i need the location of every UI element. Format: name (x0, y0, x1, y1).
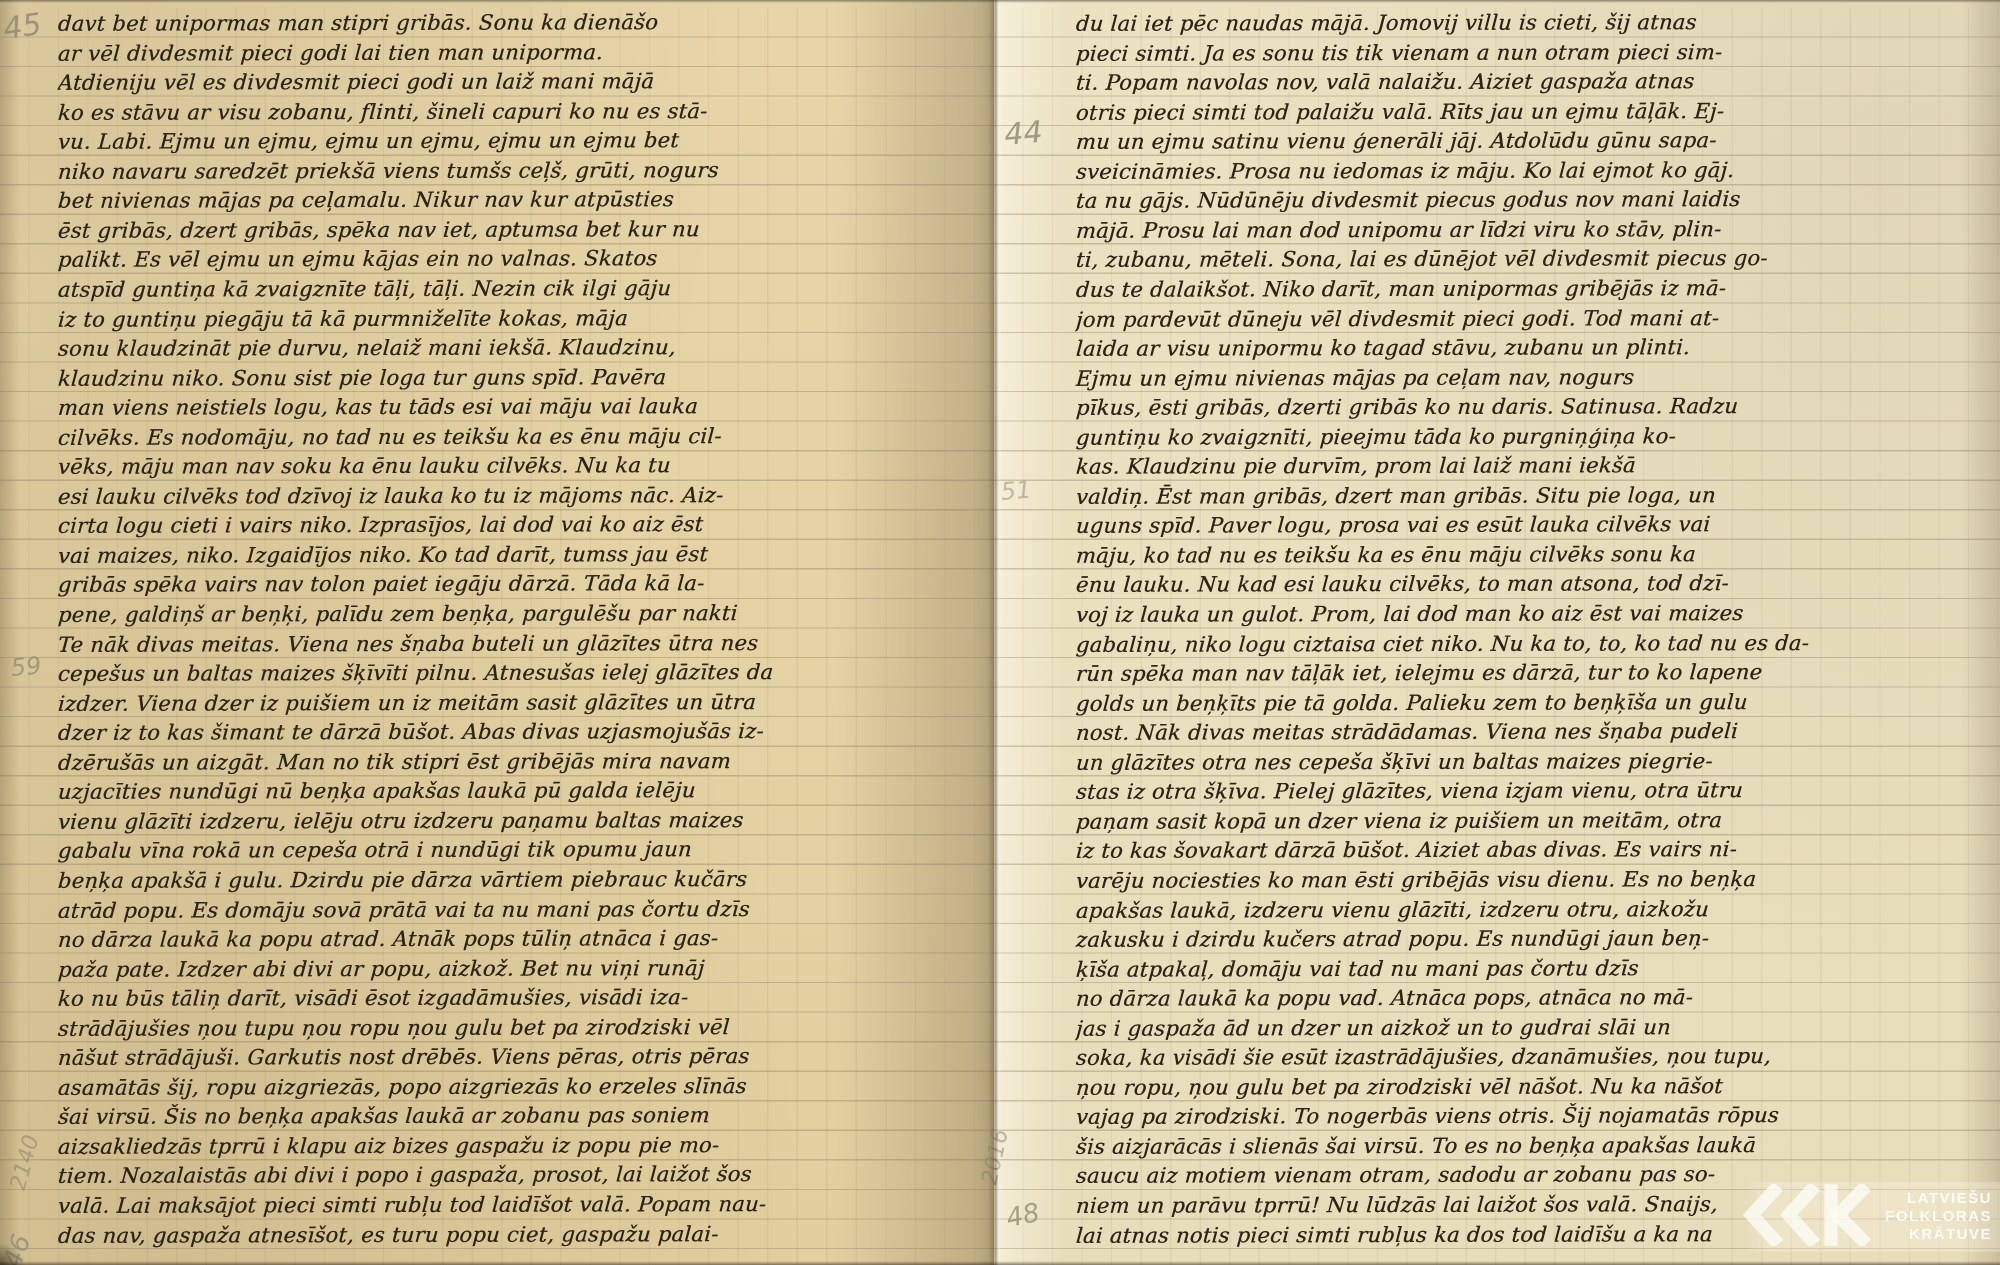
handwritten-line: du lai iet pēc naudas mājā. Jomovij vill… (1075, 8, 1698, 39)
handwritten-line: davt bet unipormas man stipri gribās. So… (57, 8, 659, 39)
handwritten-line: das nav, gaspaža atnesīšot, es turu popu… (57, 1220, 720, 1251)
handwritten-line: māju, ko tad nu es teikšu ka es ēnu māju… (1075, 540, 1697, 571)
handwritten-line: pīkus, ēsti gribās, dzerti gribās ko nu … (1075, 392, 1739, 423)
handwritten-line: man viens neistiels logu, kas tu tāds es… (57, 392, 699, 423)
paper-edge-top (0, 0, 2000, 3)
handwritten-line: bet nivienas mājas pa ceļamalu. Nikur na… (57, 185, 675, 216)
watermark-line-1: LATVIEŠU (1907, 1190, 1992, 1208)
handwritten-line: cirta logu cieti i vairs niko. Izprasījo… (57, 510, 704, 541)
handwritten-line: Te nāk divas meitas. Viena nes šņaba but… (57, 629, 759, 660)
handwritten-line: dzērušās un aizgāt. Man no tik stipri ēs… (57, 747, 732, 778)
handwritten-line: ti, zubanu, mēteli. Sona, lai es dūnējot… (1075, 244, 1769, 275)
handwritten-line: atrād popu. Es domāju sovā prātā vai ta … (57, 895, 751, 926)
handwritten-line: ēnu lauku. Nu kad esi lauku cilvēks, to … (1075, 570, 1730, 601)
handwritten-line: zakusku i dzirdu kučers atrad popu. Es n… (1075, 924, 1710, 955)
handwritten-line: dzer iz to kas šimant te dārzā būšot. Ab… (57, 717, 765, 748)
handwritten-line: varēju nociesties ko man ēsti gribējās v… (1075, 865, 1757, 896)
handwritten-line: ēst gribās, dzert gribās, spēka nav iet,… (57, 215, 701, 246)
lfk-chevron-logo-icon (1743, 1184, 1875, 1250)
handwritten-line: jom pardevūt dūneju vēl divdesmit pieci … (1075, 304, 1720, 335)
handwritten-line: apakšas laukā, izdzeru vienu glāzīti, iz… (1075, 895, 1710, 926)
handwritten-line: vajag pa zirodziski. To nogerbās viens o… (1075, 1101, 1780, 1132)
handwritten-line: pieci simti. Ja es sonu tis tik vienam a… (1075, 38, 1723, 69)
handwritten-line: strādājušies ņou tupu ņou ropu ņou gulu … (57, 1013, 731, 1044)
handwritten-line: otris pieci simti tod palaižu valā. Rīts… (1075, 97, 1725, 128)
handwritten-line: iz to kas šovakart dārzā būšot. Aiziet a… (1075, 836, 1738, 867)
handwritten-line: ta nu gājs. Nūdūnēju divdesmit piecus go… (1075, 185, 1741, 216)
watermark-line-3: KRĀTUVE (1909, 1226, 1992, 1244)
archive-watermark-text: LATVIEŠU FOLKLORAS KRĀTUVE (1885, 1190, 2000, 1244)
handwritten-line: pene, galdiņš ar beņķi, palīdu zem beņķa… (57, 599, 739, 630)
handwritten-line: ņou ropu, ņou gulu bet pa zirodziski vēl… (1075, 1072, 1724, 1103)
handwritten-line: ko es stāvu ar visu zobanu, flinti, šine… (57, 97, 709, 128)
handwritten-line: no dārza laukā ka popu atrad. Atnāk pops… (57, 924, 719, 955)
handwritten-line: ti. Popam navolas nov, valā nalaižu. Aiz… (1075, 67, 1695, 98)
handwritten-line: mājā. Prosu lai man dod unipomu ar līdzi… (1075, 215, 1722, 246)
handwritten-line: cilvēks. Es nodomāju, no tad nu es teikš… (57, 422, 723, 453)
handwritten-line: šai virsū. Šis no beņķa apakšas laukā ar… (57, 1101, 711, 1132)
handwritten-line: sonu klaudzināt pie durvu, nelaiž mani i… (57, 333, 677, 364)
handwritten-line: gribās spēka vairs nav tolon paiet iegāj… (57, 570, 705, 601)
handwritten-line: ko nu būs tāliņ darīt, visādi ēsot izgad… (57, 983, 689, 1014)
handwritten-line: rūn spēka man nav tāļāk iet, ielejmu es … (1075, 658, 1763, 689)
handwritten-line: kas. Klaudzinu pie durvīm, prom lai laiž… (1075, 452, 1637, 482)
handwritten-line: aizsakliedzās tprrū i klapu aiz bizes ga… (57, 1131, 720, 1162)
paper-edge-bottom (0, 1261, 2000, 1265)
watermark-line-2: FOLKLORAS (1885, 1208, 1992, 1226)
handwritten-line: nāšut strādājuši. Garkutis nost drēbēs. … (57, 1042, 750, 1073)
handwritten-line: nost. Nāk divas meitas strādādamas. Vien… (1075, 717, 1739, 748)
handwritten-line: paņam sasit kopā un dzer viena iz puišie… (1075, 806, 1723, 837)
manuscript-page-left: davt bet unipormas man stipri gribās. So… (0, 0, 994, 1265)
handwritten-line: Ejmu un ejmu nivienas mājas pa ceļam nav… (1075, 363, 1635, 393)
handwritten-line: gabaliņu, niko logu ciztaisa ciet niko. … (1075, 629, 1810, 660)
manuscript-scan: davt bet unipormas man stipri gribās. So… (0, 0, 2000, 1265)
handwritten-line: asamātās šij, ropu aizgriezās, popo aizg… (57, 1072, 748, 1103)
handwritten-line: dus te dalaikšot. Niko darīt, man unipor… (1075, 274, 1727, 305)
handwritten-line: valdiņ. Ēst man gribās, dzert man gribās… (1075, 481, 1717, 512)
handwritten-line: Atdieniju vēl es divdesmit pieci godi un… (57, 67, 655, 98)
handwritten-line: lai atnas notis pieci simti rubļus ka do… (1075, 1220, 1714, 1251)
handwritten-line: esi lauku cilvēks tod dzīvoj iz lauka ko… (57, 481, 724, 512)
handwritten-line: saucu aiz motiem vienam otram, sadodu ar… (1075, 1161, 1716, 1192)
handwritten-line: tiem. Nozalaistās abi divi i popo i gasp… (57, 1161, 753, 1192)
handwritten-line: vu. Labi. Ejmu un ejmu, ejmu un ejmu, ej… (57, 126, 680, 157)
handwritten-line: stas iz otra šķīva. Pielej glāzītes, vie… (1075, 776, 1744, 807)
handwritten-line: klaudzinu niko. Sonu sist pie loga tur g… (57, 363, 667, 394)
handwritten-line: niko navaru saredzēt priekšā viens tumšs… (57, 156, 720, 187)
handwritten-line: šis aizjarācās i slienās šai virsū. To e… (1075, 1131, 1757, 1162)
handwritten-line: vēks, māju man nav soku ka ēnu lauku cil… (57, 451, 672, 482)
handwritten-line: guntiņu ko zvaigznīti, pieejmu tāda ko p… (1075, 422, 1677, 453)
handwritten-line: un glāzītes otra nes cepeša šķīvi un bal… (1075, 747, 1714, 778)
handwritten-line: paža pate. Izdzer abi divi ar popu, aizk… (57, 954, 706, 985)
paper-corner-wear (0, 1243, 26, 1265)
handwritten-line: uzjacīties nundūgi nū beņķa apakšas lauk… (57, 776, 697, 807)
handwritten-line: palikt. Es vēl ejmu un ejmu kājas ein no… (57, 245, 658, 276)
handwritten-line: jas i gaspaža ād un dzer un aizkož un to… (1075, 1013, 1672, 1044)
handwritten-line: mu un ejmu satinu vienu ģenerāli jāj. At… (1075, 126, 1718, 157)
handwritten-line: gabalu vīna rokā un cepeša otrā i nundūg… (57, 836, 693, 867)
handwritten-line: golds un beņķīts pie tā golda. Palieku z… (1075, 688, 1749, 719)
handwritten-line: atspīd guntiņa kā zvaigznīte tāļi, tāļi.… (57, 274, 672, 305)
handwritten-line: beņķa apakšā i gulu. Dzirdu pie dārza vā… (57, 865, 748, 896)
handwritten-line: iz to guntiņu piegāju tā kā purmniželīte… (57, 304, 629, 334)
handwriting-lines-left: davt bet unipormas man stipri gribās. So… (0, 0, 994, 1265)
handwritten-line: niem un parāvu tprrū! Nu lūdzās lai laiž… (1075, 1190, 1719, 1221)
handwriting-lines-right: du lai iet pēc naudas mājā. Jomovij vill… (994, 0, 2000, 1265)
handwritten-line: soka, ka visādi šie esūt izastrādājušies… (1075, 1042, 1772, 1073)
handwritten-line: izdzer. Viena dzer iz puišiem un iz meit… (57, 688, 757, 719)
archive-watermark: LATVIEŠU FOLKLORAS KRĀTUVE (1746, 1182, 2000, 1252)
handwritten-line: uguns spīd. Paver logu, prosa vai es esū… (1075, 511, 1711, 542)
handwritten-line: no dārza laukā ka popu vad. Atnāca pops,… (1075, 983, 1694, 1014)
handwritten-line: laida ar visu unipormu ko tagad stāvu, z… (1075, 333, 1691, 364)
manuscript-page-right: du lai iet pēc naudas mājā. Jomovij vill… (994, 0, 2000, 1265)
handwritten-line: cepešus un baltas maizes šķīvīti pilnu. … (57, 658, 774, 689)
handwritten-line: vai maizes, niko. Izgaidījos niko. Ko ta… (57, 540, 709, 571)
handwritten-line: valā. Lai maksājot pieci simti rubļu tod… (57, 1190, 767, 1221)
handwritten-line: vienu glāzīti izdzeru, ielēju otru izdze… (57, 806, 745, 837)
handwritten-line: ķīša atpakaļ, domāju vai tad nu mani pas… (1075, 954, 1640, 984)
handwritten-line: ar vēl divdesmit pieci godi lai tien man… (57, 38, 604, 68)
handwritten-line: sveicināmies. Prosa nu iedomas iz māju. … (1075, 156, 1735, 187)
handwritten-line: voj iz lauka un gulot. Prom, lai dod man… (1075, 599, 1744, 630)
